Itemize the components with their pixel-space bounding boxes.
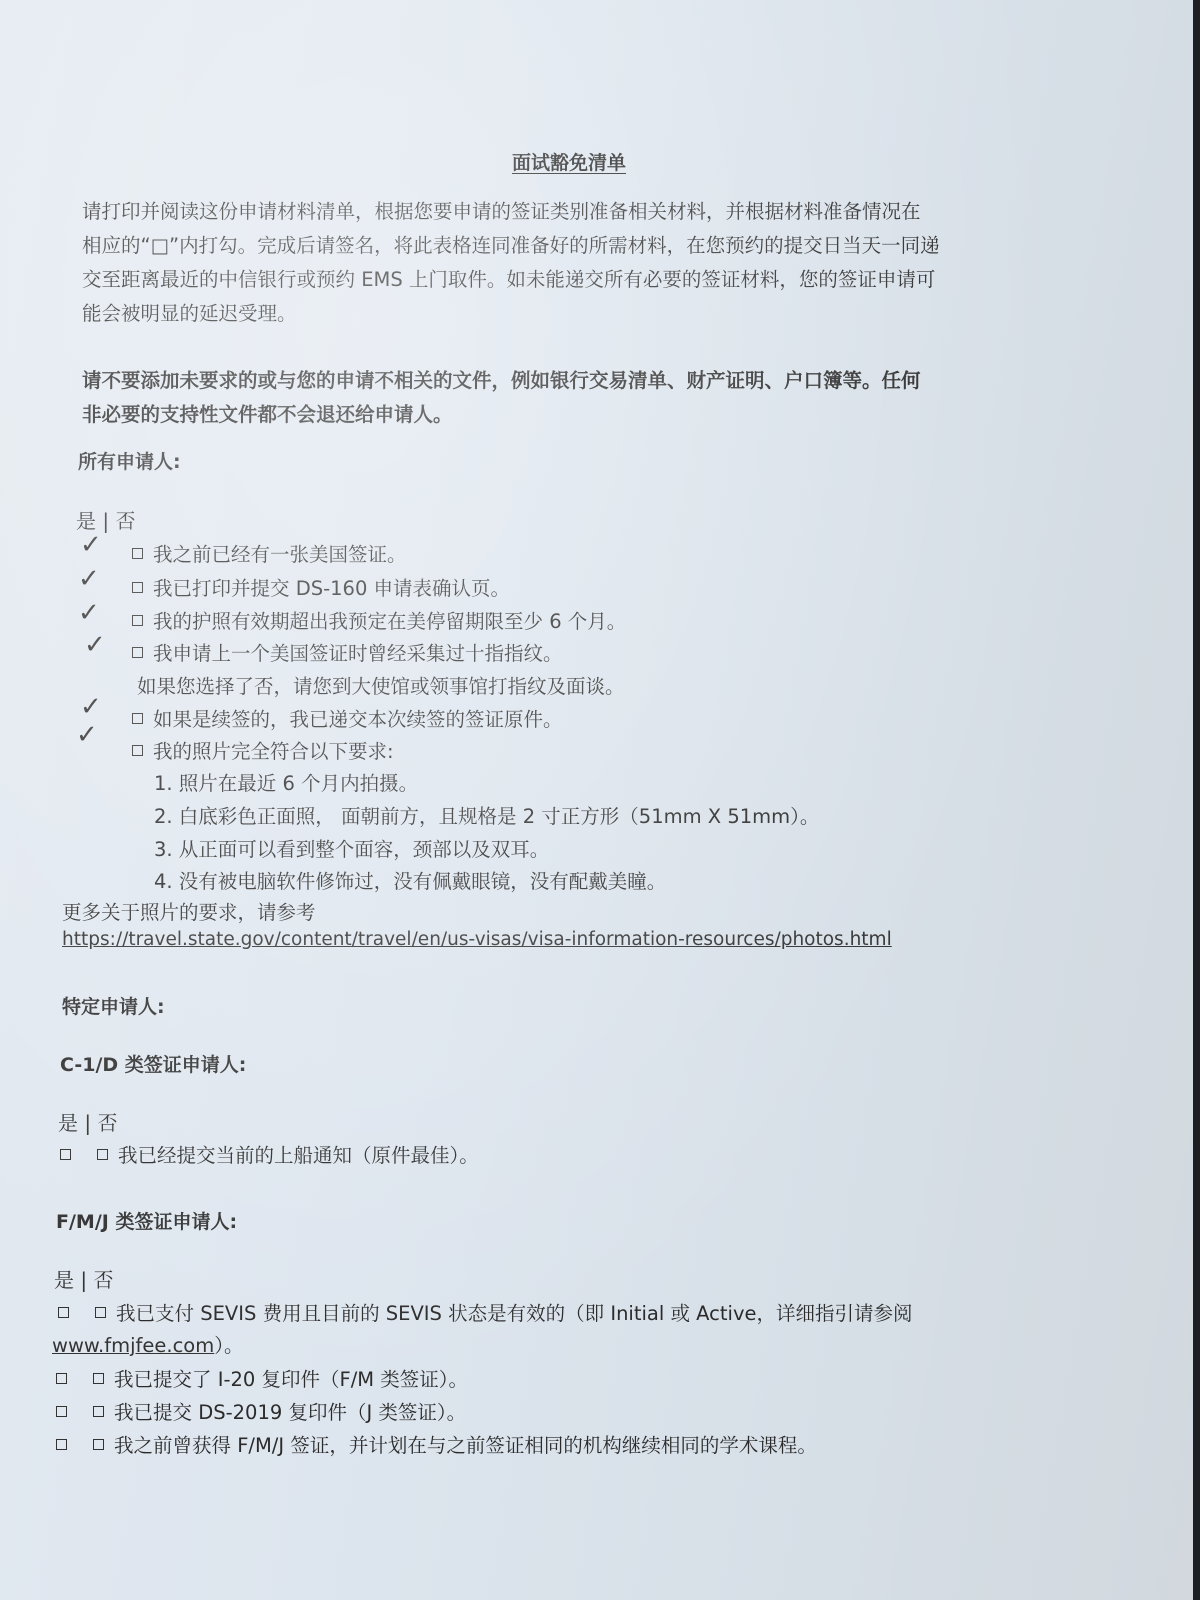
no-checkbox[interactable] bbox=[132, 647, 143, 658]
yes-no-header: 是 | 否 bbox=[58, 1107, 117, 1136]
fmj-label: F/M/J 类签证申请人: bbox=[56, 1207, 237, 1234]
photo-requirement: 3. 从正面可以看到整个面容，颈部以及双耳。 bbox=[154, 834, 549, 862]
handwritten-check-icon[interactable]: ✓ bbox=[84, 630, 106, 660]
c1d-label: C-1/D 类签证申请人: bbox=[60, 1050, 246, 1077]
checklist-item[interactable]: 我已支付 SEVIS 费用且目前的 SEVIS 状态是有效的（即 Initial… bbox=[58, 1298, 913, 1326]
yes-checkbox[interactable] bbox=[56, 1406, 67, 1417]
intro-line-1: 请打印并阅读这份申请材料清单，根据您要申请的签证类别准备相关材料，并根据材料准备… bbox=[82, 195, 921, 229]
checklist-item[interactable]: 我已提交 DS-2019 复印件（J 类签证）。 bbox=[56, 1397, 466, 1425]
checklist-item[interactable]: 我之前曾获得 F/M/J 签证，并计划在与之前签证相同的机构继续相同的学术课程。 bbox=[56, 1430, 817, 1458]
no-checkbox[interactable] bbox=[132, 615, 143, 626]
checklist-item[interactable]: 如果是续签的，我已递交本次续签的签证原件。 bbox=[132, 704, 563, 732]
handwritten-check-icon[interactable]: ✓ bbox=[76, 720, 98, 750]
photo-requirement: 2. 白底彩色正面照， 面朝前方，且规格是 2 寸正方形（51mm X 51mm… bbox=[154, 801, 819, 829]
photo-requirement: 1. 照片在最近 6 个月内拍摄。 bbox=[154, 768, 418, 796]
document-page: 面试豁免清单 请打印并阅读这份申请材料清单，根据您要申请的签证类别准备相关材料，… bbox=[0, 0, 1193, 1600]
checklist-item[interactable]: 我的照片完全符合以下要求: bbox=[132, 736, 394, 764]
photo-requirement: 4. 没有被电脑软件修饰过，没有佩戴眼镜，没有配戴美瞳。 bbox=[154, 866, 666, 894]
checklist-item[interactable]: 我的护照有效期超出我预定在美停留期限至少 6 个月。 bbox=[132, 606, 626, 634]
intro-line-3: 交至距离最近的中信银行或预约 EMS 上门取件。如未能递交所有必要的签证材料，您… bbox=[82, 263, 935, 297]
document-title: 面试豁免清单 bbox=[512, 148, 626, 175]
no-checkbox[interactable] bbox=[93, 1373, 104, 1384]
warning-line-2: 非必要的支持性文件都不会退还给申请人。 bbox=[82, 398, 453, 432]
handwritten-check-icon[interactable]: ✓ bbox=[80, 530, 102, 560]
no-checkbox[interactable] bbox=[95, 1307, 106, 1318]
photo-more-info: 更多关于照片的要求，请参考 bbox=[62, 897, 316, 925]
checklist-item[interactable]: 我已提交了 I-20 复印件（F/M 类签证）。 bbox=[56, 1364, 468, 1392]
checklist-item[interactable]: 我已打印并提交 DS-160 申请表确认页。 bbox=[132, 573, 510, 601]
fmjfee-link[interactable]: www.fmjfee.com bbox=[52, 1334, 214, 1357]
all-applicants-label: 所有申请人: bbox=[78, 447, 181, 474]
yes-checkbox[interactable] bbox=[58, 1307, 69, 1318]
checklist-item[interactable]: 我之前已经有一张美国签证。 bbox=[132, 539, 407, 567]
yes-checkbox[interactable] bbox=[56, 1439, 67, 1450]
handwritten-check-icon[interactable]: ✓ bbox=[80, 692, 102, 722]
checklist-item[interactable]: 我申请上一个美国签证时曾经采集过十指指纹。 bbox=[132, 638, 563, 666]
no-checkbox[interactable] bbox=[132, 713, 143, 724]
no-checkbox[interactable] bbox=[132, 582, 143, 593]
background-edge bbox=[1193, 0, 1200, 1600]
handwritten-check-icon[interactable]: ✓ bbox=[78, 598, 100, 628]
handwritten-check-icon[interactable]: ✓ bbox=[78, 564, 100, 594]
no-checkbox[interactable] bbox=[93, 1439, 104, 1450]
specific-applicants-label: 特定申请人: bbox=[62, 992, 165, 1019]
intro-line-2: 相应的“□”内打勾。完成后请签名，将此表格连同准备好的所需材料，在您预约的提交日… bbox=[82, 229, 940, 263]
photo-requirements-link[interactable]: https://travel.state.gov/content/travel/… bbox=[62, 929, 892, 950]
intro-line-4: 能会被明显的延迟受理。 bbox=[82, 297, 297, 331]
no-checkbox[interactable] bbox=[132, 548, 143, 559]
fingerprint-note: 如果您选择了否，请您到大使馆或领事馆打指纹及面谈。 bbox=[137, 671, 625, 699]
no-checkbox[interactable] bbox=[132, 745, 143, 756]
no-checkbox[interactable] bbox=[93, 1406, 104, 1417]
yes-checkbox[interactable] bbox=[60, 1149, 71, 1160]
fmjfee-line: www.fmjfee.com）。 bbox=[52, 1330, 244, 1358]
checklist-item[interactable]: 我已经提交当前的上船通知（原件最佳）。 bbox=[60, 1140, 479, 1168]
warning-line-1: 请不要添加未要求的或与您的申请不相关的文件，例如银行交易清单、财产证明、户口簿等… bbox=[82, 364, 921, 398]
no-checkbox[interactable] bbox=[97, 1149, 108, 1160]
yes-no-header: 是 | 否 bbox=[54, 1264, 113, 1293]
yes-checkbox[interactable] bbox=[56, 1373, 67, 1384]
